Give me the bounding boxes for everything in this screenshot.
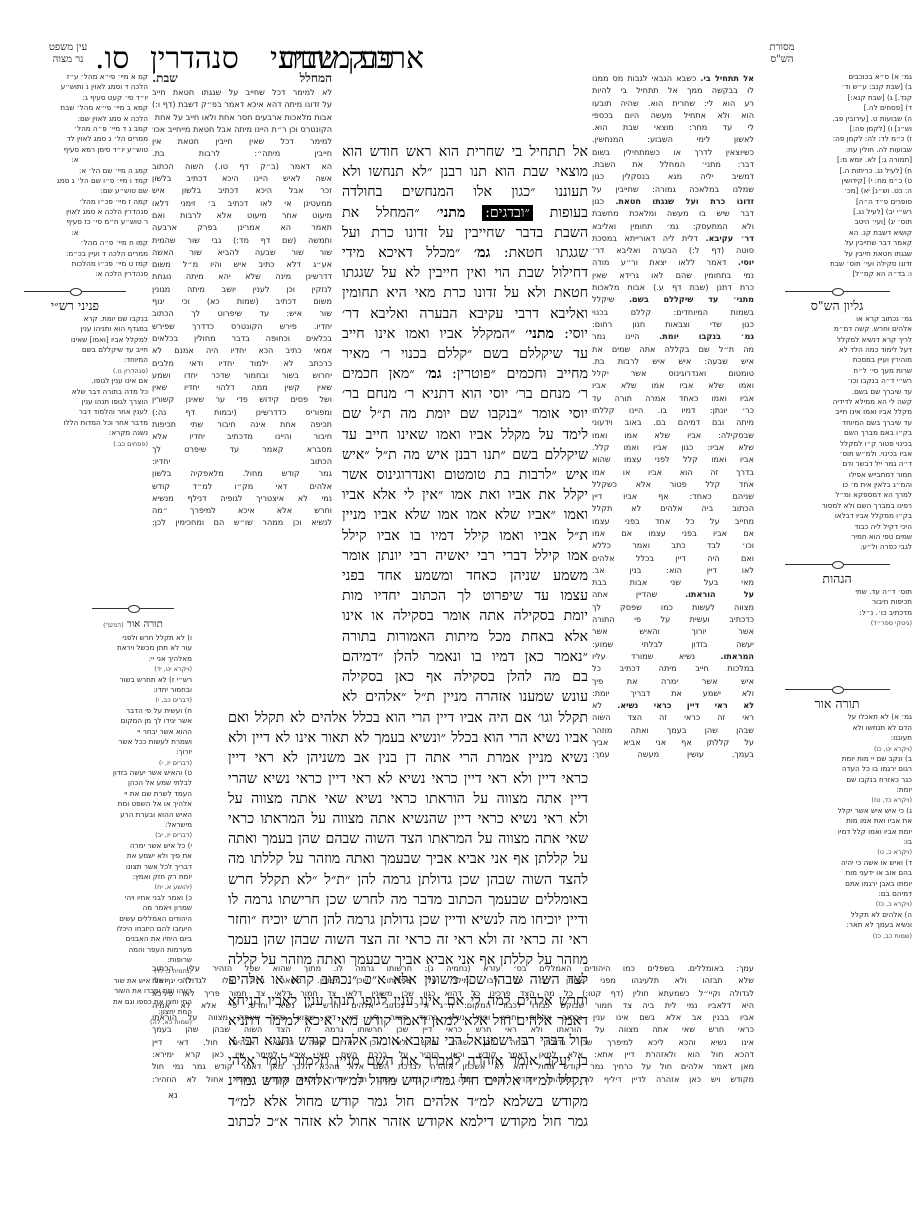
masoret-line: זדונו סקילה ועי׳ תוס׳ שבת [762, 259, 912, 269]
bottom-commentary-line: עמך: באומללים. בשפלים כמו היהודים האמללי… [152, 962, 754, 974]
pninei-rashi-line: כל מדה בתורה דבר שלא [2, 387, 148, 397]
rashi-line: איש שבעה: איש איש לרבות בת. [592, 355, 754, 367]
pninei-rashi-line: במגדף הוא ותניהו ענין [2, 324, 148, 334]
gemara-line: בעופות ״ובדגים: מתני׳ ״המחלל את [342, 203, 588, 223]
rashi-line: בדרך זה הוא אביו או אמו [592, 466, 754, 478]
torah-or-line: יומת: [762, 785, 912, 795]
gemara-line: יקלל את אביו ואת אמו ״אין לי אלא אביו [342, 485, 588, 505]
tosafot-line: כרכתב לא ילמוד יחדיו ודאי מלבים [152, 357, 332, 369]
torah-or-line: (ויקרא יט, כו) [762, 744, 912, 754]
pninei-rashi: בנקבו שם יומת. קראבמגדף הוא ותניהו עניןל… [2, 314, 148, 449]
rashi-line: מחייב על כל אחד בפני עצמו [592, 515, 754, 527]
rashi-line: ואם היה דיין בכלל אלהים [592, 552, 754, 564]
torah-or-line: (שמות כב, כז) [762, 931, 912, 941]
rashi-line: לי עד מחר: מוצאי שבת הוא. [592, 121, 754, 133]
gemara-line: ״נאמר כאן דמיו בו ונאמר להלן ״דמיהם [342, 647, 588, 667]
gemara-line: איש ״לרבות בת טומטום ואנדרוגינוס אשר [342, 465, 588, 485]
gemara-line: להצד השוה שבהן שכן גדולתן גרמה להן ״ת״ל … [228, 870, 588, 890]
ein-mishpat-line: קמב ג ד מיי׳ פ״ה מהל׳ [2, 124, 148, 134]
tosafot-line: לנשיא וכן ממהר שו״ש הם ומחכימין לכן: [152, 516, 332, 528]
torah-or-line: ח) ועשית על פי הדבר [74, 706, 192, 716]
rashi-line: יעשה בזדון לבלתי שמוע: [592, 638, 754, 650]
pninei-rashi-line: לענין אחר והלמוד דבר [2, 407, 148, 417]
torah-or-line: ונשיא בעמך לא תאר: [762, 920, 912, 930]
tosafot-line: אמאי כתיב הכא יחדיו היה אמנם לא [152, 344, 332, 356]
gilyon-line: רש״י ד״ה בנקבו וכו׳ [762, 376, 912, 386]
rashi-line: גמ׳ בנקבו יומת. היינו גמר [592, 330, 754, 342]
torah-or-line: שמרון ויאמר מה [74, 903, 192, 913]
tosafot-line: נמי לא איצטריך לגופיה דנילף מנשיא [152, 492, 332, 504]
torah-or-line: היהודים האמללים עשים [74, 914, 192, 924]
gemara-line: נשיא מניין אמרת הרי אתה דן בנין אב משניה… [228, 748, 588, 768]
hagahot-line: מדכתיב כו׳. נ״ל: [762, 608, 912, 618]
torah-or-line: ב) ונקב שם יי מות יומת [762, 754, 912, 764]
bottom-commentary-line: דהכא חול הוא ולאזהרת דיין אתא: אלא למאן … [152, 1048, 754, 1060]
gemara-line: אביו נשיא הרי הוא בכלל ״ונשיא בעמך לא תא… [228, 728, 588, 748]
torah-or-line: ו) לא תקלל חרש ולפני [74, 633, 192, 643]
rashi-line: דמשיב יליה מגא בנסקלין כגון [592, 170, 754, 182]
pninei-rashi-title: פניני רש״י [2, 298, 148, 314]
ein-mishpat-line: שם טוש״ע שם: [2, 186, 148, 196]
gemara-line: ר׳ מנחם בר׳ יוסי הוא דתניא ר׳ מנחם בר׳ [342, 384, 588, 404]
rashi-line: בעמך. עושין מעשה עמך: [592, 748, 754, 760]
torah-or-line: יומתו באבן ירגמו אתם [762, 879, 912, 889]
tosafot-line: תאמר הא אמרינן בפרק ארבעה [152, 221, 332, 233]
pninei-rashi-line: אם אינו ענין לגופו. [2, 376, 148, 386]
torah-or-line: האיש ההוא ובערת הרע [74, 810, 192, 820]
gilyon-line: בכינוי פטור ק״ו למקלל [762, 439, 912, 449]
torah-or-line: תעוננו: [762, 733, 912, 743]
section-marker: גמ׳ [425, 366, 441, 382]
torah-or-line: ובחמור יחדו: [74, 685, 192, 695]
rashi-line: אם אביו בפני עצמו אם אמו [592, 527, 754, 539]
masoret-line: ה: כט. וש״נ] יא) [מכ׳ [762, 186, 912, 196]
tosafot-line: שור איש: עד שיפרוט לך הכתוב [152, 307, 332, 319]
tosafot-line: מיעוט אחר מיעוט אלא לרבות ואם [152, 209, 332, 221]
chapter-number: פרק שביעי [270, 44, 394, 74]
gemara-line: אלא באחת מכל מיתות האמורות בתורה [342, 627, 588, 647]
torah-or-line: (ויקרא כ, כז) [762, 899, 912, 909]
pninei-rashi-line: הוצרך לגופו תנהו ענין [2, 397, 148, 407]
gilyon-line: אלהים וחרש. קשה דמ״מ [762, 324, 912, 334]
bottom-commentary-line: מקודש ויש כאן אזהרה לדיין דיליף לה מאזהר… [152, 1073, 754, 1085]
tosafot-line: ושל פסים קידוש פדי ער שאינן קשורין [152, 393, 332, 405]
ein-mishpat-line: סנהדרין הלכה א: [2, 269, 148, 279]
ein-mishpat-line: ממרים הלכה ד ועיין בכ״מ: [2, 249, 148, 259]
tosafot-line: שור שור שבעה להביא שור האשה [152, 246, 332, 258]
rashi-line: שמלנו במלאכה גמורה: שחייבין על [592, 183, 754, 195]
ein-mishpat-line: קמג ה מיי׳ שם הל׳ א: [2, 166, 148, 176]
rashi-line: אשר יורוך והאיש אשר [592, 625, 754, 637]
ein-mishpat-line: קמ א מיי׳ פי״א מהל׳ ע״ז [2, 72, 148, 82]
rashi-line: נמי בתחומין שהם לאו גרידא שאין [592, 269, 754, 281]
rashi-line: ולא ישמע את דבריך יומת: [592, 687, 754, 699]
torah-or-line: רגום ירגמו בו כל העדה [762, 764, 912, 774]
masoret-line: [תמורה ג:] לא. יומא מ:] [762, 155, 912, 165]
gemara-line: תקלל וגו׳ אם היה אביו דיין הרי הוא בכלל … [228, 708, 588, 728]
gilyon-line: למרך הא דמספקא ומ״ל [762, 490, 912, 500]
gemara-line: באומללים שבעמך הכתוב מדבר מה לחרש שכן חר… [228, 890, 588, 910]
gemara-line: ראי זה כראי זה ולא ראי זה כראי זה הצד הש… [228, 930, 588, 950]
gilyon-line: קשה לי הא ממילא לדידיה [762, 397, 912, 407]
rashi-line: כגון שדי וצבאות חנון רחום: [592, 318, 754, 330]
tosafot-line: יחרוש בשור ובחמור שדכר יחדו ושמע [152, 369, 332, 381]
gemara-line: ואליבא דרבי עקיבא הבערה ואליבא דר׳ [342, 304, 588, 324]
title-text: תורה אור [127, 619, 163, 630]
rashi-line: טומטום ואנדרוגינוס אשר יקלל [592, 367, 754, 379]
title-note: (המשך) [103, 621, 123, 629]
torah-or-line: מערמות העפר והמה [74, 945, 192, 955]
tosafot-line: בכלאים וכחופה בדבר מחולין בכלאים [152, 332, 332, 344]
torah-or-line: הדם לא תנחשו ולא [762, 723, 912, 733]
ein-mishpat-line: יו״ד סי׳ קעט סעיף ג: [2, 93, 148, 103]
pninei-rashi-line: למקלל אביו [ואמו] שאינו [2, 335, 148, 345]
rashi-line: אחד קלל פטור אלא כשקלל [592, 478, 754, 490]
highlighted-word: ״ובדגים: [482, 205, 533, 221]
rashi-line: כשיוצאין לדרך או כשמתחילין בשום [592, 146, 754, 158]
masoret-line: ה) שבועות ט. [עירובין פב. [762, 114, 912, 124]
masoret-line: שבועות לה. חולין עח: [762, 145, 912, 155]
masoret-line: ד) [פסחים לה.] [762, 103, 912, 113]
gilyon-line: ד״ה גמר ייל דבשר ודם [762, 459, 912, 469]
bottom-commentary-line: היא דלאביו נמי לית ביה צד חמור שבוקש כבו… [152, 999, 754, 1011]
rashi-line: יוסי. דאמר ללאו יצאת ור״ע מודה [592, 256, 754, 268]
torah-or-line: (יהושע א, יח) [74, 882, 192, 892]
ein-mishpat-line: קמו ח מיי׳ פ״ה מהל׳ [2, 238, 148, 248]
ein-mishpat-line: טוש״ע יו״ד סימן רמא סעיף [2, 145, 148, 155]
ein-mishpat-line: קמז ט מיי׳ פכ״ו מהלכות [2, 259, 148, 269]
torah-or-line: עור לא תתן מכשל ויראת [74, 643, 192, 653]
tosafot-line: על זדונו מיתה דהא איכא דאמר בפ״ק דשבת (ד… [152, 98, 332, 110]
masoret-line: שגגתו חטאת חייבין על [762, 249, 912, 259]
gemara-line: דחילול שבת הוי ואין חייבין לא על שגגתו [342, 263, 588, 283]
torah-or-line: העמד לשרת שם את יי [74, 789, 192, 799]
pninei-rashi-line: מדבר אחר וכל המדות הללו [2, 418, 148, 428]
masoret-line: תוס׳ יג) [ועי׳ היטב [762, 217, 912, 227]
gemara-line: מקודש בשלמא למ״ד אלהים חול גמר קודש מחול… [228, 1092, 588, 1112]
pninei-rashi-line: (פסחים כב.) [2, 439, 148, 449]
gilyon-line: בק״ו ממקלל אביו דבלאו [762, 511, 912, 521]
gemara-line: אל תתחיל בי שחרית הוא ראש חודש הוא [342, 142, 588, 162]
masoret-line: ב) [שבת קנב: ע״ש וד׳ [762, 82, 912, 92]
torah-or-line: יומת אביו ואמו קלל דמיו [762, 827, 912, 837]
rashi-line: לו בבקשה ממך אל תתחיל בי להיות [592, 84, 754, 96]
tosafot-line: ממעטינן אי לאו דכתיב ב׳ זימני דלאו [152, 197, 332, 209]
masoret-line: וש״נ] ו) [לקמן פה:] [762, 124, 912, 134]
gilyon-line: מוהירין ועיין במסכת [762, 355, 912, 365]
torah-or-line: את פיך ולא ישמע את [74, 851, 192, 861]
gemara-line: ואמו ״אביו שלא אמו אמו שלא אביו מניין [342, 505, 588, 525]
gilyon-line: בק״ו באם מברך השם [762, 428, 912, 438]
torah-or-line: אלהיך או אל השפט ומת [74, 799, 192, 809]
gemara-line: לימד על מקלל אביו ואמו שאינו חייב עד [342, 425, 588, 445]
rashi-line: מה ת״ל שם בקללה אתה שמים את [592, 343, 754, 355]
gilyon-line: אביו בכינוי. ולמ״ש תוס׳ [762, 449, 912, 459]
torah-or-line: (דברים כב, י) [74, 695, 192, 705]
gilyon-hashas: גמ׳ נכתוב קרא אואלהים וחרש. קשה דמ״מלריך… [762, 314, 912, 553]
ornament-divider [2, 288, 148, 294]
masoret-line: רש״י יב) [לעיל נג.] [762, 207, 912, 217]
torah-or-line: גמ׳ א) לא תאכלו על [762, 712, 912, 722]
label-line: עין משפט [48, 42, 88, 54]
torah-or-line: לבלתי שמע אל הכהן [74, 778, 192, 788]
rashi-line: אביו ואמו קלל לפני עצמו שהוא [592, 453, 754, 465]
pninei-rashi-line: נשנה מקרא: [2, 428, 148, 438]
masoret-line: ח) [לעיל נג. כריתות ה.] [762, 166, 912, 176]
tosafot-line: גמר קודש מחול. מלאפקיה בלשון [152, 467, 332, 479]
ein-mishpat-line: ממרים הל׳ ג סמג לאוין לד [2, 134, 148, 144]
torah-or-line: ג) כי איש איש אשר יקלל [762, 806, 912, 816]
torah-or-line: דבריך לכל אשר תצונו [74, 862, 192, 872]
gilyon-line: שרות מעך סי׳ ל״ח [762, 366, 912, 376]
tosafot-commentary: המחלל שבת.לא למימר דכל שחייב על שגגתו חט… [152, 72, 332, 529]
pninei-rashi-line: (סנהדרין נו.) [2, 366, 148, 376]
rashi-line: מיתה ובם דמיהם בם. באוב וידעוני [592, 416, 754, 428]
gemara-line: שגגתו חטאת: גמ׳ ״מכלל דאיכא מידי [342, 243, 588, 263]
torah-or-line: (ויקרא כד, טז) [762, 795, 912, 805]
ornament-divider [762, 288, 912, 294]
tosafot-line: חייבין מיתה״: לרבות בת. [152, 147, 332, 159]
masoret-line: קושיא דשבת קנ. הא [762, 228, 912, 238]
rashi-line: זדונו כרת ועל שגגתו חטאת. כגון [592, 195, 754, 207]
tosafot-line: מסברא קאמר עד שיפרט לך [152, 443, 332, 455]
tosafot-line: שאין קשין ממה דלהוי יחדיו שאין [152, 381, 332, 393]
gemara-line: כראי דיין ולא ראי דיין כראי נשיא לא ראי … [228, 769, 588, 789]
masoret-hashas-label: מסורת הש"ס [762, 42, 802, 66]
torah-or-line: מאלהיך אני יי: [74, 654, 192, 664]
rashi-line: במלכות חייב מיתה דכתיב כל [592, 662, 754, 674]
masoret-hashas: גמ׳ א) ס״א בכוכביםב) [שבת קנב: ע״ש וד׳קנ… [762, 72, 912, 280]
ein-mishpat-line: קמא ב מיי׳ פי״א מהל׳ שבת [2, 103, 148, 113]
tosafot-line: לנזקין וכן לענין יושב מיתה מגונין [152, 283, 332, 295]
pninei-rashi-line: בנקבו שם יומת. קרא [2, 314, 148, 324]
gilyon-line: לריך קרא דנשיא למקלל [762, 335, 912, 345]
gemara-line: שיקללם בשם ״תנו רבנן איש מה ת״ל ״איש [342, 445, 588, 465]
rashi-line: אביו ואמו כאחד אמרה תורה עד [592, 392, 754, 404]
gemara-line: מוצאי שבת הוא תנו רבנן ״לא תנחשו ולא [342, 162, 588, 182]
bottom-commentary-line: אינו נשיא והכא ליכא למיפרך שכן גדולתן גר… [152, 1036, 754, 1048]
gilyon-line: עד שיברך שם בשם. [762, 387, 912, 397]
ein-mishpat-line: הלכה ד וסמג לאוין נ ותוש״ע [2, 82, 148, 92]
ein-mishpat-label: עין משפט נר מצוה [48, 42, 88, 66]
gilyon-line: מקלל אביו ואמו אינו חייב [762, 407, 912, 417]
ornament-divider [74, 605, 192, 611]
masoret-line: ט) כ״מ מח: י) [קידושין [762, 176, 912, 186]
rashi-line: על הוראתו. שהדיין אתה [592, 588, 754, 600]
tosafot-line: הא דאמר (ב״ק דף טו.) השוה הכתוב [152, 160, 332, 172]
rashi-line: על קללתן אף אני אביא אביך [592, 736, 754, 748]
torah-or-line: (דברים יז, יב) [74, 830, 192, 840]
tosafot-line: למימר דכל שאין חייבין חטאת אין [152, 135, 332, 147]
masoret-line: קנד.] ג) [שבת קנא:] [762, 93, 912, 103]
page-marker: נא [168, 1090, 178, 1102]
ein-mishpat-line: א: [2, 155, 148, 165]
gemara-line: ולא ראי נשיא כראי דיין שהנשיא אתה מצווה … [228, 809, 588, 829]
ein-mishpat-line: ר טוש״ע ח״מ סי׳ כז סעיף [2, 217, 148, 227]
torah-or-line: בו: [762, 837, 912, 847]
ein-mishpat: קמ א מיי׳ פי״א מהל׳ ע״זהלכה ד וסמג לאוין… [2, 72, 148, 280]
gilyon-line: גמ׳ נכתוב קרא או [762, 314, 912, 324]
torah-or-line: (ויקרא כ, ט) [762, 847, 912, 857]
ornament-divider [762, 561, 912, 567]
torah-or-line: רש״י ז) לא תחרש בשור [74, 675, 192, 685]
tosafot-line: זכר אבל היכא דכתיב בלשון איש [152, 184, 332, 196]
torah-or-line: ה) אלהים לא תקלל [762, 910, 912, 920]
rashi-line: דבר שיש בו מעשה ומלאכת מחשבת [592, 207, 754, 219]
torah-or-line: (דברים יז, י) [74, 758, 192, 768]
rashi-line: רע הוא לי: שחרית הוא. שהיה תובעו [592, 97, 754, 109]
torah-or-line: את אביו ואת אמו מות [762, 816, 912, 826]
section-marker: גמ׳ [474, 245, 490, 261]
label-line: הש"ס [762, 54, 802, 66]
gemara-line: יוסי: מתני׳ ״המקלל אביו ואמו אינו חייב [342, 324, 588, 344]
gilyon-line: היכי דקיל ליה כבוד [762, 522, 912, 532]
torah-or-line: (ויקרא יט, יד) [74, 664, 192, 674]
tosafot-line: ומפוריס כדדרשינן (יבמות דף נה:) [152, 406, 332, 418]
ein-mishpat-line: הלכה א סמג לאוין שם: [2, 114, 148, 124]
rashi-line: דר׳ עקיבא. דלית ליה דאורייתא במסכת [592, 232, 754, 244]
rashi-line: שבסקילה: אביו שלא אמו ואמו [592, 429, 754, 441]
rashi-line: דבר: מתני׳ המחלל את השבת. [592, 158, 754, 170]
torah-or-line: יורוך: [74, 747, 192, 757]
masoret-line: סופרים פ״ד ה״ה] [762, 197, 912, 207]
bottom-commentary: עמך: באומללים. בשפלים כמו היהודים האמללי… [152, 962, 754, 1085]
gemara-line: בם מה להלן בסקילה אף כאן בסקילה [342, 667, 588, 687]
rashi-line: כר׳ יונתן: דמיו בו. היינו קללתו [592, 404, 754, 416]
gilyon-line: שמים טפי הוא חמיר [762, 532, 912, 542]
torah-or-line: בהם אוב או ידעני מות [762, 868, 912, 878]
rashi-line: מאי בעל שני אבות בבת [592, 576, 754, 588]
tractate-name: סנהדרין [150, 44, 239, 74]
tosafot-line: אשה לאיש היינו היכא דכתיב בלשון [152, 172, 332, 184]
torah-or-line: מישראל: [74, 820, 192, 830]
torah-or-line: דמיהם בם: [762, 889, 912, 899]
rashi-line: לא ראי דיין כראי נשיא. לא [592, 699, 754, 711]
gemara-line: עד שיקללם בשם ״קללם בכנוי ר׳ מאיר [342, 344, 588, 364]
gilyon-line: לגבי כפרה ול״ע: [762, 542, 912, 552]
rashi-line: שלא אביו: כגון אביו ואמו קלל. [592, 441, 754, 453]
tosafot-line: דדרשינן מינה שלא יהא מיתה נוגחת [152, 270, 332, 282]
hagahot: תוס׳ ד״ה עד. שתיתכיפות חיבורמדכתיב כו׳. … [762, 587, 912, 629]
gemara-main-text: אל תתחיל בי שחרית הוא ראש חודש הואמוצאי … [342, 142, 588, 707]
tosafot-line: הקונטרס וכן ר״ת היינו מיתה אבל חטאת מייח… [152, 123, 332, 135]
rashi-line: ראי זה כראי זה הצד השוה [592, 711, 754, 723]
rashi-line: הוא ולא אתחיל מעשה היום בכספי [592, 109, 754, 121]
gilyon-line: חמור דמתבייש אפילו [762, 470, 912, 480]
tosafot-line: וחמשה (שם דף מד:) גבי שור שהמית [152, 234, 332, 246]
torah-or-line: אשר יגידו לך מן המקום [74, 716, 192, 726]
bottom-commentary-line: אביו בבנין אב אלא בשם אינו ענין נכתוב אל… [152, 1011, 754, 1023]
bottom-commentary-line: שלא תבזהו ולא תלעיגהו מפני שנותן לבו על … [152, 974, 754, 986]
rashi-line: לאשון לימי השבוע: המנחשין. [592, 133, 754, 145]
pninei-rashi-line: המיוחד: [2, 355, 148, 365]
gemara-line: אמו קילל דברי רבי יאשיה רבי יונתן אומר [342, 546, 588, 566]
tosafot-line: לא למימר דכל שחייב על שגגתו חטאת חייב [152, 86, 332, 98]
label-line: מסורת [762, 42, 802, 54]
gemara-line: חטאת ולא על זדונו כרת מאי היא תחומין [342, 283, 588, 303]
gilyon-line: עד שיברך בשם המיוחד [762, 418, 912, 428]
ornament-divider [762, 686, 912, 692]
ein-mishpat-line: קמה ז מיי׳ פכ״ו מהל׳ [2, 197, 148, 207]
gemara-line: ודיין יוכיחו מה לנשיא ודיין שכן גדולתן ג… [228, 910, 588, 930]
torah-or-line: י) כל איש אשר ימרה [74, 841, 192, 851]
torah-or-line: כ) ואמר לבני אחיו ויהי [74, 893, 192, 903]
bottom-commentary-line: מאן דאמר אלהים חול על כרחיך גמר קודש מחו… [152, 1060, 754, 1072]
gemara-line: יומת בסקילה אתה אומר בסקילה או אינו [342, 606, 588, 626]
gemara-line: עונש שמענו אזהרה מניין ת״ל ״אלהים לא [342, 687, 588, 707]
rashi-line: מצווה לעשות כמו שפסק לך [592, 601, 754, 613]
tosafot-line: תכיפה אחת אינה חיבור שתי תכיפות [152, 418, 332, 430]
left-margin-column: קמ א מיי׳ פי״א מהל׳ ע״זהלכה ד וסמג לאוין… [2, 72, 148, 449]
bottom-commentary-line: לגדולה וקיי״ל כשמעתא חולין (דף קטו:) כל … [152, 987, 754, 999]
masoret-line: גמ׳ א) ס״א בכוכבים [762, 72, 912, 82]
torah-or-line: כגר כאזרח בנקבו שם [762, 775, 912, 785]
rashi-line: וכו׳ לבד כתב ואמר כללא [592, 539, 754, 551]
rashi-commentary: אל תתחיל בי. כשבא הגבאי לגבות מס ממנולו … [592, 72, 754, 761]
gemara-line: גמר חול מקודש דילמא אקודש אזהר אחול לא א… [228, 1112, 588, 1132]
gilyon-line: והמ״ג בלאין אית מ׳ כו [762, 480, 912, 490]
folio-number: סו. [95, 44, 129, 74]
torah-or-right: גמ׳ א) לא תאכלו עלהדם לא תנחשו ולאתעוננו… [762, 712, 912, 941]
masoret-line: ו: בד״ה הא קמ״ל] [762, 269, 912, 279]
ein-mishpat-line: סנהדרין הלכה א סמג לאוין [2, 207, 148, 217]
gilyon-line: דעל לימוד כמה הלד לא [762, 345, 912, 355]
rashi-line: כרת דתנן (שבת דף ע.) אבות מלאכות [592, 281, 754, 293]
tosafot-line: אבות מלאכות ארבעים חסר אחת ולאו חייב על … [152, 111, 332, 123]
tosafot-line: חיבור והיינו מדכתיב יחדיו אלא [152, 430, 332, 442]
torah-or-title: תורה אור [762, 696, 912, 712]
torah-or-line: ההוא אשר יבחר יי [74, 727, 192, 737]
rashi-line: שניהם כאחד: אף אביו דיין [592, 490, 754, 502]
tosafot-line: אלהים דאי מק״ו למ״ד קודש [152, 480, 332, 492]
bottom-commentary-line: כראי חרש שאי אתה מצווה על הוראתו ולא ראי… [152, 1023, 754, 1035]
rashi-line: המראתו. נשיא שמורד עליו [592, 650, 754, 662]
torah-or-left-title: תורה אור (המשך) [74, 617, 192, 633]
rashi-line: כדכתיב ועשית על פי התורה [592, 613, 754, 625]
tosafot-dibur-hamatchil: המחלל שבת. [152, 72, 332, 86]
rashi-line: ולא המתעסק: גמ׳ תחומין ואליבא [592, 220, 754, 232]
hagahot-line: (גיטקי ספר״ד) [762, 618, 912, 628]
tosafot-line: יחדיו. פירש הקונטרס כדדרך שפירש [152, 320, 332, 332]
tosafot-line: וחרש אלא איכא למיפרך ״מה [152, 504, 332, 516]
hagahot-title: הגהות [762, 571, 912, 587]
gemara-line: השבת בדבר שחייבין על זדונו כרת ועל [342, 223, 588, 243]
gemara-line: יוסי אומר ״בנקבו שם יומת מה ת״ל שם [342, 404, 588, 424]
gilyon-line: רפינו במברך השם ולא למסור [762, 501, 912, 511]
rashi-line: איש אשר ימרה את פיך [592, 675, 754, 687]
gemara-line: תעוננו ״כגון אלו המנחשים בחולדה [342, 182, 588, 202]
label-line: נר מצוה [48, 54, 88, 66]
gemara-line: עצמו עד שיפרוט לך הכתוב יחדיו מות [342, 586, 588, 606]
gemara-line: ת״ל אביו ואמו קילל דמיו בו אביו קילל [342, 526, 588, 546]
rashi-line: ואמו שלא אביו אמו שלא אביו [592, 379, 754, 391]
torah-or-line: ד) ואיש או אשה כי יהיה [762, 858, 912, 868]
gilyon-hashas-title: גליון הש"ס [762, 298, 912, 314]
ein-mishpat-line: א: [2, 228, 148, 238]
gemara-line: מחייב וחכמים ״פוטרין: גמ׳ ״מאן חכמים [342, 364, 588, 384]
torah-or-line: היעזבו להם היזבחו היכלו [74, 924, 192, 934]
gemara-line: משמע שניהן כאחד ומשמע אחד בפני [342, 566, 588, 586]
pninei-rashi-line: חייב עד שיקללם בשם [2, 345, 148, 355]
gemara-line: דיין אתה מצווה על הוראתו כראי נשיא שאי א… [228, 789, 588, 809]
hagahot-line: תוס׳ ד״ה עד. שתי [762, 587, 912, 597]
hagahot-line: תכיפות חיבור [762, 597, 912, 607]
torah-or-line: ביום היחיו את האבנים [74, 934, 192, 944]
rashi-line: אל תתחיל בי. כשבא הגבאי לגבות מס ממנו [592, 72, 754, 84]
rashi-line: בשמות המיוחדים: קללם בכנוי [592, 306, 754, 318]
tosafot-line: משום דכתיב (שמות כא) וכי יגוף [152, 295, 332, 307]
torah-or-line: יומת רק חזק ואמץ: [74, 872, 192, 882]
